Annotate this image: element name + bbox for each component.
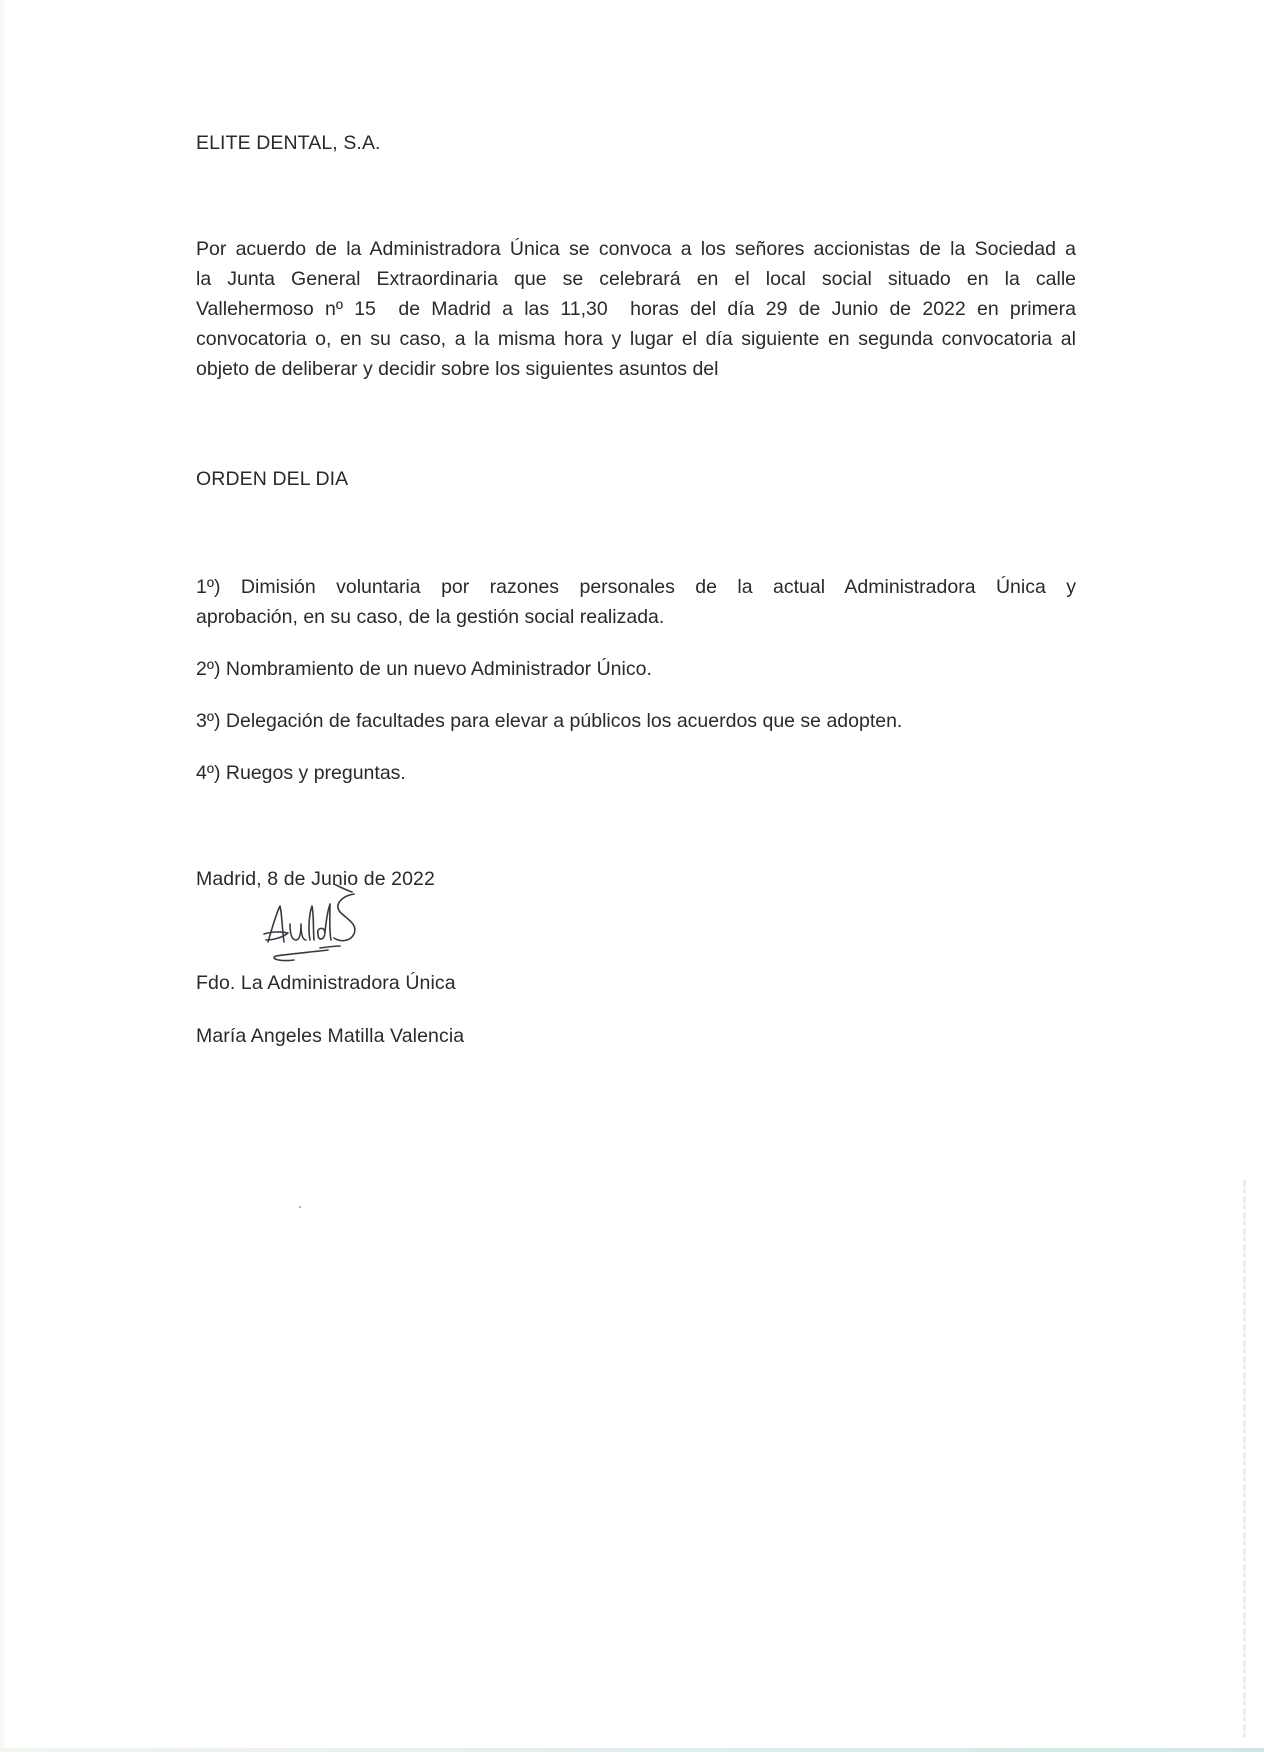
agenda-item-3: 3º) Delegación de facultades para elevar… (196, 706, 1076, 736)
agenda-text: Ruegos y preguntas. (226, 762, 406, 784)
paragraph-line: Vallehermoso nº 15 de Madrid a las 11,30… (196, 294, 1076, 324)
agenda-line: aprobación, en su caso, de la gestión so… (196, 602, 1076, 632)
agenda-line: 1º) Dimisión voluntaria por razones pers… (196, 572, 1076, 602)
scanned-page: ELITE DENTAL, S.A. Por acuerdo de la Adm… (0, 0, 1264, 1752)
agenda-text: Delegación de facultades para elevar a p… (226, 710, 902, 732)
scan-speck (299, 1206, 301, 1208)
agenda-list: 1º) Dimisión voluntaria por razones pers… (196, 572, 1076, 810)
agenda-item-2: 2º) Nombramiento de un nuevo Administrad… (196, 654, 1076, 684)
agenda-number: 1º) (196, 576, 220, 598)
agenda-text: Nombramiento de un nuevo Administrador Ú… (226, 658, 652, 680)
company-name: ELITE DENTAL, S.A. (196, 128, 381, 158)
handwritten-signature-icon (258, 884, 388, 964)
agenda-number: 4º) (196, 762, 220, 784)
agenda-number: 2º) (196, 658, 220, 680)
agenda-title: ORDEN DEL DIA (196, 464, 348, 494)
agenda-item-1: 1º) Dimisión voluntaria por razones pers… (196, 572, 1076, 632)
paragraph-line: convocatoria o, en su caso, a la misma h… (196, 324, 1076, 354)
agenda-line: 3º) Delegación de facultades para elevar… (196, 706, 1076, 736)
scan-edge-right (1243, 1180, 1246, 1740)
paragraph-line: Por acuerdo de la Administradora Única s… (196, 234, 1076, 264)
agenda-number: 3º) (196, 710, 220, 732)
agenda-item-4: 4º) Ruegos y preguntas. (196, 758, 1076, 788)
scan-edge-left (0, 0, 6, 1752)
signer-name: María Angeles Matilla Valencia (196, 1021, 464, 1051)
agenda-line: 2º) Nombramiento de un nuevo Administrad… (196, 654, 1076, 684)
convocation-paragraph: Por acuerdo de la Administradora Única s… (196, 234, 1076, 384)
signer-title: Fdo. La Administradora Única (196, 968, 456, 998)
paragraph-line: la Junta General Extraordinaria que se c… (196, 264, 1076, 294)
paragraph-line: objeto de deliberar y decidir sobre los … (196, 354, 1076, 384)
agenda-text: Dimisión voluntaria por razones personal… (241, 576, 1076, 598)
scan-edge-bottom (0, 1748, 1264, 1752)
agenda-line: 4º) Ruegos y preguntas. (196, 758, 1076, 788)
